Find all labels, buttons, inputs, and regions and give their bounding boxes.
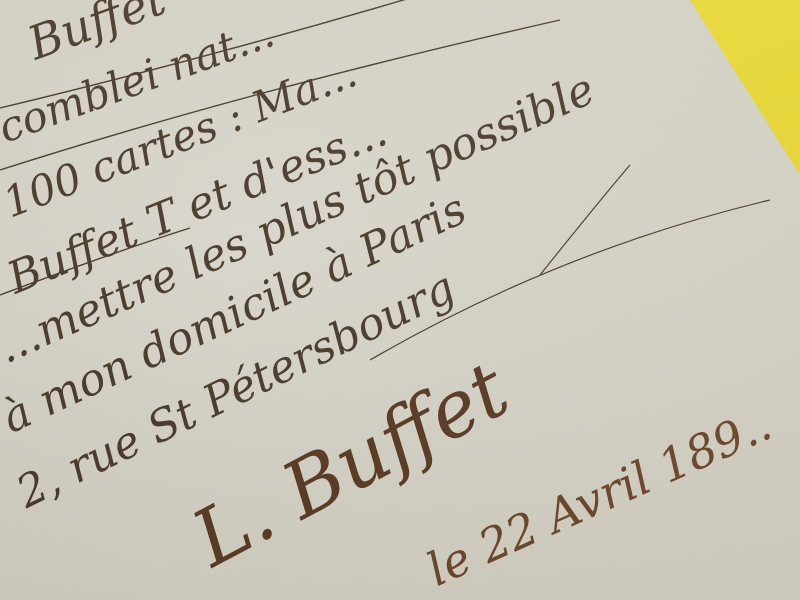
letter-line: 100 cartes : Ma...: [0, 47, 363, 227]
letter-line: 2, rue St Pétersbourg: [9, 262, 463, 518]
letter-line: comblei nat...: [0, 7, 281, 152]
letter-date: le 22 Avril 189..: [419, 397, 779, 597]
underline-strokes: [0, 0, 800, 600]
signature: L. Buffet: [179, 345, 523, 585]
letter-line: Buffet: [21, 0, 173, 70]
letter-paper: Buffet comblei nat... 100 cartes : Ma...…: [0, 0, 800, 600]
letter-line: à mon domicile à Paris: [0, 184, 474, 444]
letter-line: Buffet T et d'ess...: [0, 106, 394, 305]
letter-line: ...mettre les plus tôt possible: [0, 64, 602, 374]
